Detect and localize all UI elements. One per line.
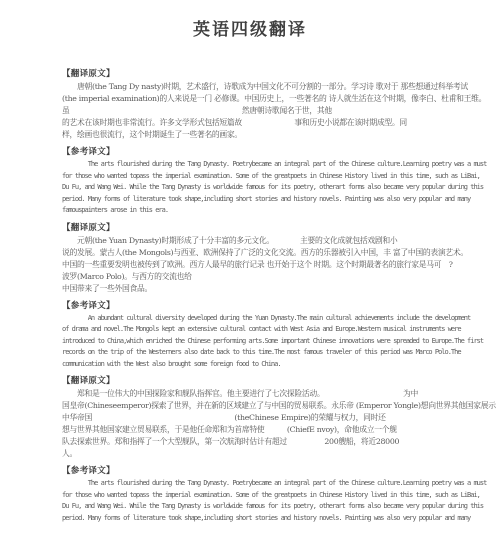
- section-translation-yuan: 【参考译文】 An abundant cultural diversity de…: [62, 300, 470, 371]
- section-translation-tang-repeat: 【参考译文】 The arts flourished during the Ta…: [62, 465, 470, 524]
- translation-source-label: 【翻译原文】: [62, 222, 470, 234]
- translation-text-tang: The arts flourished during the Tang Dyna…: [62, 159, 470, 217]
- translation-text-yuan: An abundant cultural diversity developed…: [62, 313, 470, 371]
- reference-translation-label: 【参考译文】: [62, 300, 470, 312]
- section-source-zhenghe: 【翻译原文】 郑和是一位伟大的中国探险家和舰队指挥官。他主要进行了七次探险活动。…: [62, 375, 470, 460]
- translation-source-label: 【翻译原文】: [62, 375, 470, 387]
- document-content: 【翻译原文】 唐朝(the Tang Dy nasty)时期，艺术盛行，诗歌成为…: [0, 68, 500, 524]
- source-text-zhenghe: 郑和是一位伟大的中国探险家和舰队指挥官。他主要进行了七次探险活动。 为中 国皇帝…: [62, 388, 470, 460]
- reference-translation-label: 【参考译文】: [62, 465, 470, 477]
- source-text-yuan: 元朝(the Yuan Dynasty)时期形成了十分丰富的多元文化。 主要的文…: [62, 235, 470, 295]
- section-source-yuan: 【翻译原文】 元朝(the Yuan Dynasty)时期形成了十分丰富的多元文…: [62, 222, 470, 295]
- section-source-tang: 【翻译原文】 唐朝(the Tang Dy nasty)时期，艺术盛行，诗歌成为…: [62, 68, 470, 141]
- reference-translation-label: 【参考译文】: [62, 146, 470, 158]
- source-text-tang: 唐朝(the Tang Dy nasty)时期，艺术盛行，诗歌成为中国文化不可分…: [62, 81, 470, 141]
- section-translation-tang: 【参考译文】 The arts flourished during the Ta…: [62, 146, 470, 217]
- translation-source-label: 【翻译原文】: [62, 68, 470, 80]
- document-page: 英语四级翻译 【翻译原文】 唐朝(the Tang Dy nasty)时期，艺术…: [0, 0, 500, 552]
- page-title: 英语四级翻译: [0, 0, 500, 41]
- translation-text-tang-repeat: The arts flourished during the Tang Dyna…: [62, 478, 470, 524]
